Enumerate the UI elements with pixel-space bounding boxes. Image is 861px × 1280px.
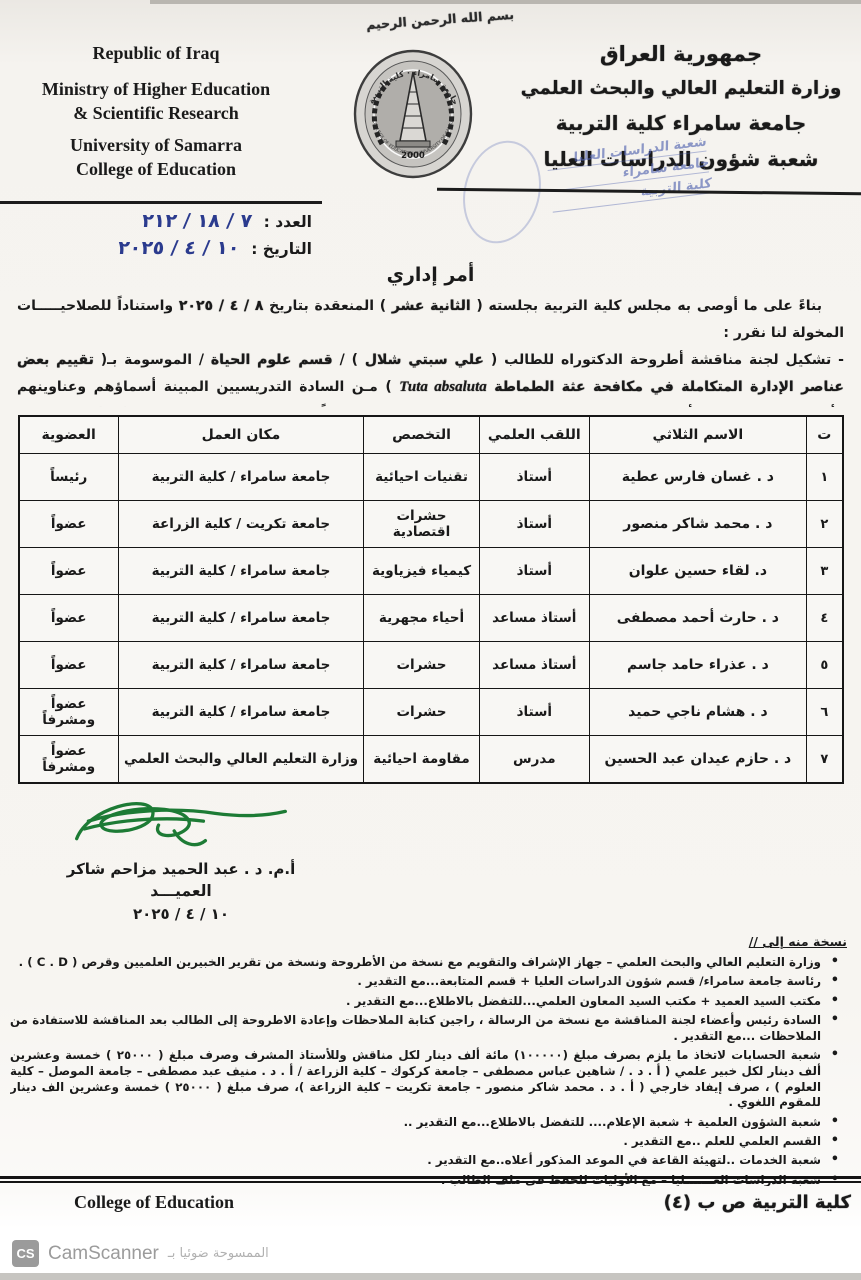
distribution-item: القسم العلمي للعلم ..مع التقدير . (10, 1134, 847, 1150)
distribution-section: نسخة منه إلى // وزارة التعليم العالي وال… (10, 934, 847, 1186)
table-cell: كيمياء فيزياوية (364, 548, 480, 595)
table-cell: حشرات اقتصادية (364, 501, 480, 548)
table-cell: د . هشام ناجي حميد (589, 689, 806, 736)
camscanner-logo-icon: CS (12, 1240, 39, 1267)
distribution-item: السادة رئيس وأعضاء لجنة المناقشة مع نسخة… (10, 1013, 847, 1045)
scan-edge-top (150, 0, 861, 4)
row-number-cell: ٢ (807, 501, 843, 548)
order-text-segment: - تشكيل لجنة مناقشة أطروحة الدكتوراه للط… (484, 352, 844, 368)
table-cell: حشرات (364, 689, 480, 736)
footer: College of Education كلية التربية ص ب (٤… (0, 1188, 861, 1213)
number-label: العدد : (264, 213, 312, 231)
order-text-segment: ) / (333, 352, 365, 368)
distribution-item: وزارة التعليم العالي والبحث العلمي – جها… (10, 955, 847, 971)
footer-arabic: كلية التربية ص ب (٤) (664, 1192, 851, 1213)
column-header: الاسم الثلاثي (589, 416, 806, 454)
table-cell: تقنيات احيائية (364, 454, 480, 501)
university-seal-icon: جامعة سامراء · كلية التربية COLLEGE OF E… (352, 46, 474, 182)
order-text-segment: ٨ / ٤ / ٢٠٢٥ (179, 298, 264, 314)
distribution-list: وزارة التعليم العالي والبحث العلمي – جها… (10, 955, 847, 1186)
table-cell: عضواً (19, 642, 119, 689)
signature-date: ١٠ / ٤ / ٢٠٢٥ (26, 903, 336, 925)
distribution-item: شعبة الشؤون العلمية + شعبة الإعلام.... ل… (10, 1115, 847, 1131)
table-cell: أستاذ (479, 689, 589, 736)
order-text-segment: / الموسومة بـ( (94, 352, 211, 368)
table-cell: مقاومة احيائية (364, 736, 480, 784)
table-cell: د . حازم عيدان عبد الحسين (589, 736, 806, 784)
row-number-cell: ٦ (807, 689, 843, 736)
order-text-segment: الثانية عشر (392, 298, 471, 314)
table-cell: عضواً ومشرفاً (19, 736, 119, 784)
header-english-line: & Scientific Research (10, 102, 302, 125)
seal-year: 2000 (401, 151, 425, 161)
order-text-segment: بناءً على ما أوصى به مجلس كلية التربية ب… (471, 298, 822, 314)
distribution-item: شعبة الحسابات لاتخاذ ما يلزم بصرف مبلغ (… (10, 1048, 847, 1111)
table-cell: د . محمد شاكر منصور (589, 501, 806, 548)
order-paragraph: - تشكيل لجنة مناقشة أطروحة الدكتوراه للط… (17, 347, 844, 407)
header-english-line: University of Samarra (10, 134, 302, 157)
table-cell: عضواً (19, 548, 119, 595)
table-row: ١د . غسان فارس عطيةأستاذتقنيات احيائيةجا… (19, 454, 843, 501)
order-body: بناءً على ما أوصى به مجلس كلية التربية ب… (17, 293, 844, 407)
table-row: ٧د . حازم عيدان عبد الحسينمدرسمقاومة احي… (19, 736, 843, 784)
signature-block: أ.م. د . عبد الحميد مزاحم شاكر العميـــد… (26, 788, 336, 925)
scan-edge-bottom (0, 1273, 861, 1280)
row-number-cell: ٧ (807, 736, 843, 784)
table-cell: عضواً (19, 501, 119, 548)
header-divider-left (0, 201, 322, 204)
header-english-block: Republic of IraqMinistry of Higher Educa… (10, 30, 302, 180)
table-cell: حشرات (364, 642, 480, 689)
column-header: العضوية (19, 416, 119, 454)
column-header: التخصص (364, 416, 480, 454)
header-english-line: Republic of Iraq (10, 42, 302, 65)
table-cell: جامعة سامراء / كلية التربية (118, 454, 363, 501)
table-cell: مدرس (479, 736, 589, 784)
row-number-cell: ٣ (807, 548, 843, 595)
table-cell: د . عذراء حامد جاسم (589, 642, 806, 689)
date-value: ١٠ / ٤ / ٢٠٢٥ (117, 235, 241, 261)
table-cell: عضواً (19, 595, 119, 642)
table-cell: د . حارث أحمد مصطفى (589, 595, 806, 642)
table-cell: جامعة تكريت / كلية الزراعة (118, 501, 363, 548)
row-number-cell: ١ (807, 454, 843, 501)
order-text-segment: ) المنعقدة بتاريخ (263, 298, 392, 314)
distribution-item: مكتب السيد العميد + مكتب السيد المعاون ا… (10, 994, 847, 1010)
latin-species-name: Tuta absaluta (399, 379, 487, 395)
column-header: اللقب العلمي (479, 416, 589, 454)
row-number-cell: ٤ (807, 595, 843, 642)
header-arabic-line: وزارة التعليم العالي والبحث العلمي (507, 73, 855, 106)
distribution-item: رئاسة جامعة سامراء/ قسم شؤون الدراسات ال… (10, 974, 847, 990)
committee-table: تالاسم الثلاثياللقب العلميالتخصصمكان الع… (18, 415, 844, 784)
dean-signature-icon (55, 788, 307, 866)
date-label: التاريخ : (251, 240, 312, 258)
header-english-line: College of Education (10, 158, 302, 181)
header-arabic-line: جمهورية العراق (507, 36, 855, 73)
document-number-line: العدد : ٧ / ١٨ / ٢١٢ (6, 208, 312, 235)
table-cell: جامعة سامراء / كلية التربية (118, 642, 363, 689)
number-value: ٧ / ١٨ / ٢١٢ (141, 208, 254, 234)
table-cell: أستاذ مساعد (479, 595, 589, 642)
footer-divider (0, 1176, 861, 1183)
table-cell: أستاذ مساعد (479, 642, 589, 689)
committee-table-body: ١د . غسان فارس عطيةأستاذتقنيات احيائيةجا… (19, 454, 843, 784)
header-english-line: Ministry of Higher Education (10, 78, 302, 101)
document-date-line: التاريخ : ١٠ / ٤ / ٢٠٢٥ (6, 235, 312, 262)
document-meta: العدد : ٧ / ١٨ / ٢١٢ التاريخ : ١٠ / ٤ / … (6, 208, 326, 262)
table-cell: جامعة سامراء / كلية التربية (118, 595, 363, 642)
order-title: أمر إداري (0, 264, 861, 286)
table-row: ٦د . هشام ناجي حميدأستاذحشراتجامعة سامرا… (19, 689, 843, 736)
table-cell: د. لقاء حسين علوان (589, 548, 806, 595)
camscanner-note: الممسوحة ضوئيا بـ (168, 1246, 269, 1261)
table-cell: أستاذ (479, 454, 589, 501)
column-header: ت (807, 416, 843, 454)
order-text-segment: قسم علوم الحياة (211, 352, 333, 368)
column-header: مكان العمل (118, 416, 363, 454)
dean-role: العميـــد (26, 880, 336, 903)
table-cell: رئيساً (19, 454, 119, 501)
camscanner-brand: CamScanner (48, 1243, 159, 1265)
scanned-document-page: Republic of IraqMinistry of Higher Educa… (0, 0, 861, 1280)
table-row: ٥د . عذراء حامد جاسمأستاذ مساعدحشراتجامع… (19, 642, 843, 689)
dean-name: أ.م. د . عبد الحميد مزاحم شاكر (26, 858, 336, 880)
camscanner-watermark: CS CamScanner الممسوحة ضوئيا بـ (12, 1240, 269, 1267)
row-number-cell: ٥ (807, 642, 843, 689)
committee-table-head-row: تالاسم الثلاثياللقب العلميالتخصصمكان الع… (19, 416, 843, 454)
table-cell: وزارة التعليم العالي والبحث العلمي (118, 736, 363, 784)
order-paragraph: بناءً على ما أوصى به مجلس كلية التربية ب… (17, 293, 844, 347)
table-cell: أستاذ (479, 548, 589, 595)
table-cell: أستاذ (479, 501, 589, 548)
table-cell: جامعة سامراء / كلية التربية (118, 548, 363, 595)
order-text-segment: ٧ / ٥ / ٢٠٢٥ (57, 406, 140, 407)
table-row: ٣د. لقاء حسين علوانأستاذكيمياء فيزياويةج… (19, 548, 843, 595)
order-text-segment: علي سبتي شلال (365, 352, 484, 368)
distribution-title: نسخة منه إلى // (10, 934, 847, 949)
table-cell: جامعة سامراء / كلية التربية (118, 689, 363, 736)
table-row: ٢د . محمد شاكر منصورأستاذحشرات اقتصاديةج… (19, 501, 843, 548)
table-cell: عضواً ومشرفاً (19, 689, 119, 736)
table-cell: د . غسان فارس عطية (589, 454, 806, 501)
table-cell: أحياء مجهرية (364, 595, 480, 642)
distribution-item: شعبة الخدمات ..لتهيئة القاعة في الموعد ا… (10, 1153, 847, 1169)
footer-english: College of Education (74, 1192, 234, 1213)
table-row: ٤د . حارث أحمد مصطفىأستاذ مساعدأحياء مجه… (19, 595, 843, 642)
